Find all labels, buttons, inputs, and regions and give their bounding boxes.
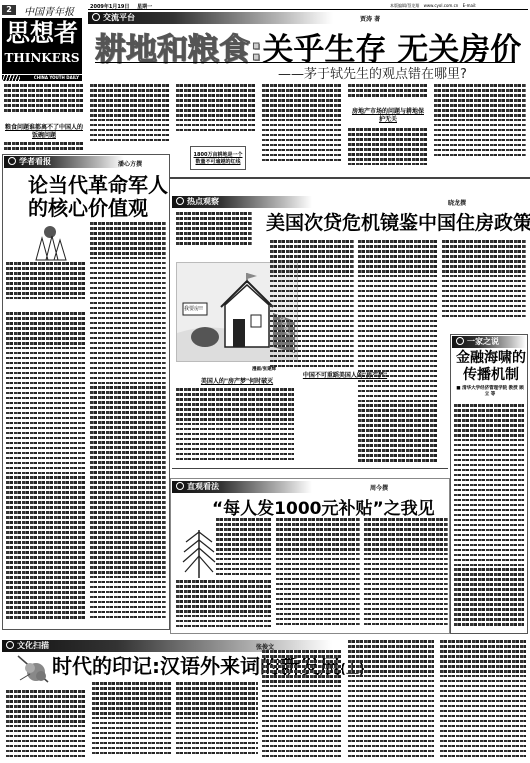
editor: 本版编辑/蔡龙翔 xyxy=(390,3,419,8)
scholar-headline: 论当代革命军人的核心价值观 xyxy=(28,174,168,220)
sidebar-body xyxy=(454,404,524,630)
lead-inset-box: 1800万亩耕地是一个数量不可逾越的红线 xyxy=(190,146,246,170)
page-number: 2 xyxy=(2,5,16,15)
section-bar-exchange: 交流平台 xyxy=(88,12,333,24)
lead-author: 贾涛 著 xyxy=(360,14,380,23)
sidebar-byline: ■ 清华大学经济管理学院 教授 顾立 等 xyxy=(456,386,524,398)
lead-col-5b xyxy=(348,128,428,174)
sidebar-headline: 金融海啸的传播机制 xyxy=(456,350,526,384)
section-title-block: 思想者 THINKERS xyxy=(2,18,82,74)
opinion-top-rule xyxy=(172,468,448,469)
culture-col-2 xyxy=(92,682,172,760)
culture-col-3 xyxy=(176,682,258,760)
cartoon-bubble: 我要房!! xyxy=(184,305,203,312)
hot-subhead-1: 美国人的"房产梦"何时破灭 xyxy=(178,378,296,386)
paper-logo: 中国青年报 xyxy=(24,3,74,18)
culture-col-5 xyxy=(348,640,434,760)
hot-col-2 xyxy=(270,240,354,370)
trees-illustration-icon xyxy=(28,224,72,262)
lead-col-4 xyxy=(262,84,342,174)
hot-col-4 xyxy=(442,240,526,320)
scholar-col-1 xyxy=(6,312,86,626)
section-title-en: THINKERS xyxy=(2,50,82,66)
top-rule xyxy=(88,9,528,10)
section-title-cn: 思想者 xyxy=(2,18,82,48)
section-icon xyxy=(6,641,14,649)
section-icon xyxy=(176,197,184,205)
scholar-author: 潘心方撰 xyxy=(118,159,142,168)
section-bar-sidebar: 一家之说 xyxy=(452,336,526,348)
lead-subhead-2: 房地产市场的问题与耕地保护无关 xyxy=(350,108,426,124)
section-icon xyxy=(92,13,100,21)
culture-col-6 xyxy=(440,640,526,760)
section-icon xyxy=(456,337,464,345)
website-link[interactable]: www.cyol.com.cn xyxy=(424,3,459,8)
culture-col-4 xyxy=(262,650,342,760)
tagline: CHINA YOUTH DAILY xyxy=(2,75,82,81)
scholar-intro xyxy=(6,262,86,310)
section-bar-hot: 热点观察 xyxy=(172,196,312,208)
hot-intro xyxy=(176,212,252,252)
hot-author: 晓龙撰 xyxy=(448,198,466,207)
section-bar-scholar: 学者看报 xyxy=(4,156,124,168)
culture-col-1 xyxy=(6,690,86,760)
lead-subhead-1: 粮食问题谁都离不了中国人的饭碗问题 xyxy=(4,124,84,140)
hot-col-3 xyxy=(358,240,438,466)
hot-col-1 xyxy=(176,388,294,466)
scholar-col-2 xyxy=(90,222,166,626)
section-icon xyxy=(8,157,16,165)
section-divider xyxy=(170,177,530,179)
lead-col-3 xyxy=(176,84,256,144)
email-link[interactable]: E-mail: xyxy=(463,3,477,8)
lead-col-1b xyxy=(4,142,84,154)
lead-col-2 xyxy=(90,84,170,154)
opinion-box-frame xyxy=(170,478,450,634)
hot-headline: 美国次贷危机镜鉴中国住房政策 xyxy=(266,208,530,235)
lead-col-1 xyxy=(4,84,84,124)
lead-subheadline: ——茅于轼先生的观点错在哪里? xyxy=(278,63,467,82)
flower-illustration-icon xyxy=(14,652,54,686)
masthead: 2 中国青年报 思想者 THINKERS CHINA YOUTH DAILY xyxy=(2,2,84,82)
lead-col-5 xyxy=(348,84,428,104)
lead-col-6 xyxy=(434,84,526,174)
